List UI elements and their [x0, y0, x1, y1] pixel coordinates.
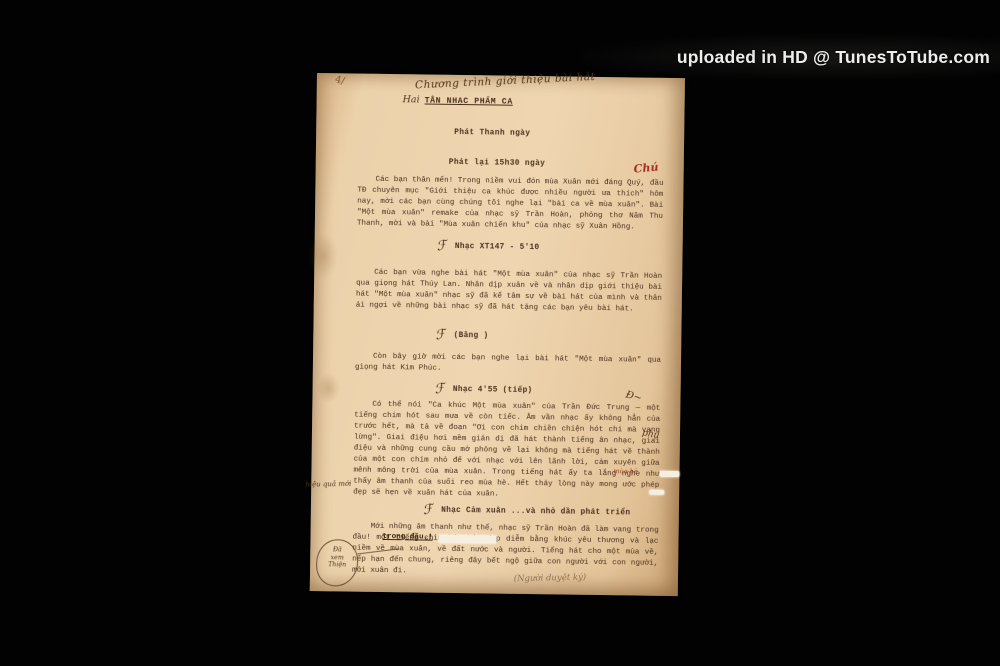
- watermark-text: uploaded in HD @ TunesToTube.com: [677, 47, 990, 68]
- circled-approval-note: Đã xem Thiện: [316, 539, 359, 587]
- paragraph-3: Còn bây giờ mời các bạn nghe lại bài hát…: [355, 352, 661, 378]
- broadcast-line: Phát Thanh ngày: [454, 129, 530, 138]
- document-header: Hai TÂN NHẠC PHẨM CA: [403, 94, 513, 107]
- left-margin-note: hiệu quả mới: [305, 480, 351, 489]
- whiteout-strip: [438, 535, 496, 544]
- document-content: 4/ Chương trình giới thiệu bài hát Hai T…: [310, 73, 685, 596]
- emphasized-word: trong đầu.!: [382, 533, 432, 542]
- red-small-note: mùa hè: [613, 467, 637, 475]
- music-cue-text: Nhạc Cảm xuân ...và nhỏ dần phát triển: [441, 507, 630, 518]
- music-cue-icon: ℱ: [435, 330, 447, 342]
- handwritten-title: Chương trình giới thiệu bài hát: [415, 67, 677, 91]
- music-cue-text: Nhạc 4'55 (tiếp): [453, 386, 533, 395]
- right-margin-flourish: Đ~: [624, 390, 643, 405]
- paragraph-2: Các bạn vừa nghe bài hát "Một mùa xuân" …: [356, 268, 663, 316]
- whiteout-patch: [659, 471, 679, 477]
- music-cue-3: ℱ Nhạc 4'55 (tiếp): [435, 385, 533, 396]
- whiteout-patch: [649, 490, 664, 495]
- circled-note-line: Thiện: [317, 561, 357, 569]
- music-cue-4: ℱ Nhạc Cảm xuân ...và nhỏ dần phát triển: [423, 506, 631, 519]
- music-cue-icon: ℱ: [434, 384, 446, 396]
- paragraph-1: Các bạn thân mến! Trong niềm vui đón mùa…: [357, 175, 664, 234]
- pencil-mark: 4/: [334, 74, 346, 87]
- music-cue-text: (Băng ): [454, 332, 489, 340]
- music-cue-2: ℱ (Băng ): [435, 331, 488, 342]
- music-cue-icon: ℱ: [422, 505, 434, 517]
- document-page: 4/ Chương trình giới thiệu bài hát Hai T…: [310, 73, 685, 596]
- paragraph-4: Có thể nói "Ca khúc Một mùa xuân" của Tr…: [353, 400, 660, 503]
- document-title: TÂN NHẠC PHẨM CA: [425, 97, 513, 107]
- music-cue-icon: ℱ: [436, 241, 448, 253]
- rebroadcast-line: Phát lại 15h30 ngày: [449, 159, 546, 168]
- handwritten-prefix: Hai: [403, 94, 420, 105]
- music-cue-1: ℱ Nhạc XT147 - 5'10: [437, 242, 540, 253]
- red-handwritten-note: Chú: [633, 161, 659, 176]
- video-frame: uploaded in HD @ TunesToTube.com 4/ Chươ…: [0, 0, 1000, 666]
- music-cue-text: Nhạc XT147 - 5'10: [455, 243, 540, 252]
